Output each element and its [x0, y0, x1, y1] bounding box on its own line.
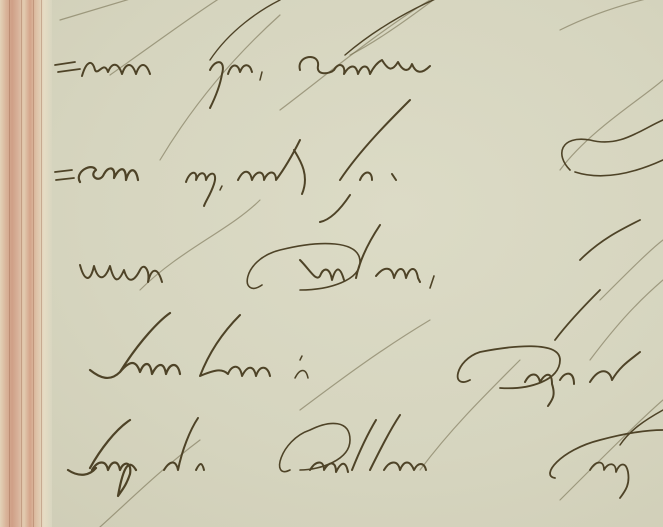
- line-3-strokes: [80, 220, 640, 340]
- line-1-strokes: [55, 0, 445, 108]
- line-4-strokes: [90, 313, 640, 406]
- manuscript-page: Haan Gur, Sonnigan =sen ag. Leat ja i Ca…: [0, 0, 663, 527]
- handwriting-strokes: [0, 0, 663, 527]
- line-2-strokes: [55, 100, 663, 222]
- line-5-strokes: [68, 410, 663, 498]
